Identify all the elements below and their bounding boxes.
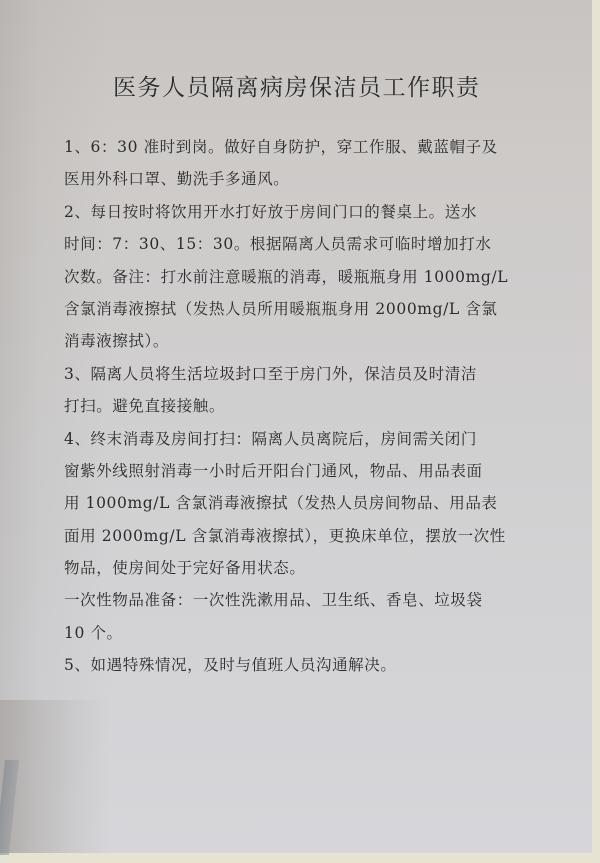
duty-item-2: 2、每日按时将饮用开水打好放于房间门口的餐桌上。送水 时间：7：30、15：30…: [64, 196, 534, 358]
text-line: 面用 2000mg/L 含氯消毒液擦拭），更换床单位，摆放一次性: [64, 520, 534, 552]
document-title: 医务人员隔离病房保洁员工作职责: [113, 69, 481, 102]
text-line: 10 个。: [64, 617, 534, 649]
text-line: 次数。备注：打水前注意暖瓶的消毒，暖瓶瓶身用 1000mg/L: [64, 261, 534, 293]
text-line: 含氯消毒液擦拭（发热人员所用暖瓶瓶身用 2000mg/L 含氯: [64, 293, 534, 325]
duty-item-1: 1、6：30 准时到岗。做好自身防护，穿工作服、戴蓝帽子及 医用外科口罩、勤洗手…: [64, 131, 534, 196]
document-body: 1、6：30 准时到岗。做好自身防护，穿工作服、戴蓝帽子及 医用外科口罩、勤洗手…: [64, 131, 534, 682]
text-line: 4、终末消毒及房间打扫：隔离人员离院后，房间需关闭门: [64, 423, 534, 455]
paper-sheet: 医务人员隔离病房保洁员工作职责 1、6：30 准时到岗。做好自身防护，穿工作服、…: [0, 0, 592, 853]
duty-item-5: 5、如遇特殊情况，及时与值班人员沟通解决。: [64, 649, 534, 681]
duty-item-3: 3、隔离人员将生活垃圾封口至于房门外，保洁员及时清洁 打扫。避免直接接触。: [64, 358, 534, 423]
text-line: 物品，使房间处于完好备用状态。: [64, 552, 534, 584]
text-line: 1、6：30 准时到岗。做好自身防护，穿工作服、戴蓝帽子及: [64, 131, 534, 163]
text-line: 5、如遇特殊情况，及时与值班人员沟通解决。: [64, 649, 534, 681]
text-line: 窗紫外线照射消毒一小时后开阳台门通风，物品、用品表面: [64, 455, 534, 487]
text-line: 3、隔离人员将生活垃圾封口至于房门外，保洁员及时清洁: [64, 358, 534, 390]
text-line: 用 1000mg/L 含氯消毒液擦拭（发热人员房间物品、用品表: [64, 487, 534, 519]
text-line: 一次性物品准备：一次性洗漱用品、卫生纸、香皂、垃圾袋: [64, 584, 534, 616]
text-line: 消毒液擦拭）。: [64, 325, 534, 357]
text-line: 2、每日按时将饮用开水打好放于房间门口的餐桌上。送水: [64, 196, 534, 228]
duty-item-4: 4、终末消毒及房间打扫：隔离人员离院后，房间需关闭门 窗紫外线照射消毒一小时后开…: [64, 423, 534, 650]
text-line: 打扫。避免直接接触。: [64, 390, 534, 422]
text-line: 时间：7：30、15：30。根据隔离人员需求可临时增加打水: [64, 228, 534, 260]
text-line: 医用外科口罩、勤洗手多通风。: [64, 163, 534, 195]
shadow-edge: [0, 760, 19, 855]
